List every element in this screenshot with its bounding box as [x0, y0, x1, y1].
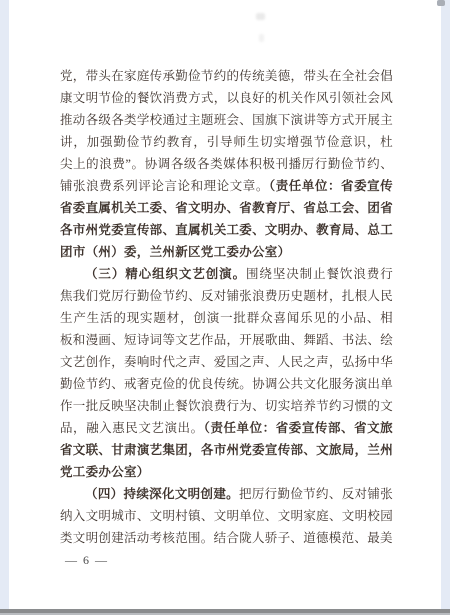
text-segment: 推动各级各类学校通过主题班会、国旗下演讲等方式开展主题宣 [60, 113, 393, 131]
scan-artifact [259, 34, 264, 42]
text-line: 党，带头在家庭传承勤俭节约的传统美德，带头在全社会倡导健 [60, 65, 393, 87]
text-segment: 讲，加强勤俭节约教育，引导师生切实增强节俭意识，杜绝“舌 [60, 135, 393, 153]
text-line: 团市（州）委，兰州新区党工委办公室） [60, 241, 393, 263]
text-line: 品，融入惠民文艺演出。（责任单位：省委宣传部、省文旅厅、 [60, 417, 393, 439]
text-line: 类文明创建活动考核范围。结合陇人骄子、道德模范、最美人 [60, 527, 393, 549]
text-segment: 生产生活的现实题材，创演一批群众喜闻乐见的小品、相声、快 [60, 311, 393, 329]
text-segment: 党，带头在家庭传承勤俭节约的传统美德，带头在全社会倡导健 [60, 69, 393, 87]
text-segment: 作一批反映坚决制止餐饮浪费行为、切实培养节约习惯的文艺作 [60, 399, 393, 417]
text-line: 纳入文明城市、文明村镇、文明单位、文明家庭、文明校园等各 [60, 505, 393, 527]
text-line: 党工委办公室） [60, 461, 393, 483]
text-segment: 文艺创作，奏响时代之声、爱国之声、人民之声，弘扬中华民族 [60, 355, 393, 373]
text-segment: 省文联、甘肃演艺集团，各市州党委宣传部、文旅局，兰州新区 [60, 443, 393, 461]
text-line: 勤俭节约、戒奢克俭的优良传统。协调公共文化服务演出单位创 [60, 373, 393, 395]
text-segment: 勤俭节约、戒奢克俭的优良传统。协调公共文化服务演出单位创 [60, 377, 393, 395]
text-segment: （四）持续深化文明创建。 [85, 487, 239, 501]
text-segment: 品，融入惠民文艺演出。 [60, 421, 204, 435]
text-segment: 各市州党委宣传部、直属机关工委、文明办、教育局、总工会、 [60, 223, 393, 241]
text-segment: 板和漫画、短诗词等文艺作品，开展歌曲、舞蹈、书法、绘画等 [60, 333, 393, 351]
text-segment: 焦我们党厉行勤俭节约、反对铺张浪费历史题材，扎根人民群众 [60, 289, 393, 307]
text-segment: 纳入文明城市、文明村镇、文明单位、文明家庭、文明校园等各 [60, 509, 393, 527]
text-line: 焦我们党厉行勤俭节约、反对铺张浪费历史题材，扎根人民群众 [60, 285, 393, 307]
left-margin-strip [0, 0, 9, 615]
text-segment: 党工委办公室） [60, 465, 150, 479]
text-line: 尖上的浪费”。协调各级各类媒体积极刊播厉行勤俭节约、反对 [60, 153, 393, 175]
text-segment: 康文明节俭的餐饮消费方式，以良好的机关作风引领社会风尚。 [60, 91, 393, 109]
text-line: 康文明节俭的餐饮消费方式，以良好的机关作风引领社会风尚。 [60, 87, 393, 109]
text-line: 作一批反映坚决制止餐饮浪费行为、切实培养节约习惯的文艺作 [60, 395, 393, 417]
text-segment: 铺张浪费系列评论言论和理论文章。 [60, 179, 269, 193]
scan-artifact [256, 13, 265, 20]
document-page: 党，带头在家庭传承勤俭节约的传统美德，带头在全社会倡导健康文明节俭的餐饮消费方式… [0, 0, 450, 615]
text-line: 省文联、甘肃演艺集团，各市州党委宣传部、文旅局，兰州新区 [60, 439, 393, 461]
text-line: （四）持续深化文明创建。把厉行勤俭节约、反对铺张浪费 [60, 483, 393, 505]
text-line: 文艺创作，奏响时代之声、爱国之声、人民之声，弘扬中华民族 [60, 351, 393, 373]
text-segment: 类文明创建活动考核范围。结合陇人骄子、道德模范、最美人 [60, 531, 393, 549]
text-line: 铺张浪费系列评论言论和理论文章。（责任单位：省委宣传部、 [60, 175, 393, 197]
text-line: 各市州党委宣传部、直属机关工委、文明办、教育局、总工会、 [60, 219, 393, 241]
text-line: 生产生活的现实题材，创演一批群众喜闻乐见的小品、相声、快 [60, 307, 393, 329]
scrollbar-thumb[interactable] [437, 0, 445, 6]
text-segment: （三）精心组织文艺创演。 [85, 267, 246, 281]
text-line: 省委直属机关工委、省文明办、省教育厅、省总工会、团省委、 [60, 197, 393, 219]
right-margin-strip [441, 0, 450, 615]
text-line: 板和漫画、短诗词等文艺作品，开展歌曲、舞蹈、书法、绘画等 [60, 329, 393, 351]
text-line: 推动各级各类学校通过主题班会、国旗下演讲等方式开展主题宣 [60, 109, 393, 131]
text-segment: 团市（州）委，兰州新区党工委办公室） [60, 245, 290, 259]
text-line: 讲，加强勤俭节约教育，引导师生切实增强节俭意识，杜绝“舌 [60, 131, 393, 153]
text-segment: 尖上的浪费”。协调各级各类媒体积极刊播厉行勤俭节约、反对 [60, 157, 393, 175]
text-line: （三）精心组织文艺创演。围绕坚决制止餐饮浪费行为，聚 [60, 263, 393, 285]
body-text-block: 党，带头在家庭传承勤俭节约的传统美德，带头在全社会倡导健康文明节俭的餐饮消费方式… [60, 65, 393, 571]
text-segment: 省委直属机关工委、省文明办、省教育厅、省总工会、团省委、 [60, 201, 393, 219]
page-number: — 6 — [60, 549, 393, 571]
